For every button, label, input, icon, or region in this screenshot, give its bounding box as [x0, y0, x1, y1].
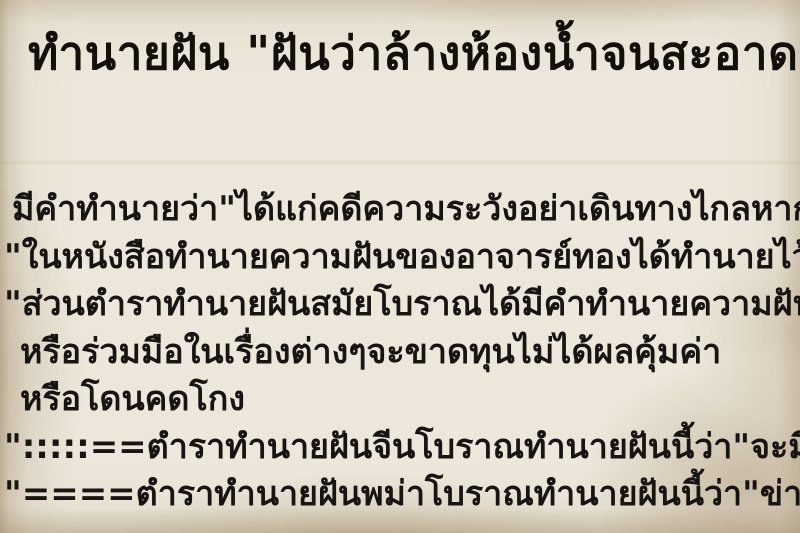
prediction-line: ":::::==ตำราทำนายฝันจีนโบราณทำนายฝันนี้ว… — [4, 424, 800, 472]
prediction-line: หรือโดนคดโกง — [4, 376, 800, 424]
prediction-line: มีคำทำนายว่า"ได้แก่คดีความระวังอย่าเดินท… — [4, 186, 800, 234]
prediction-text-block: มีคำทำนายว่า"ได้แก่คดีความระวังอย่าเดินท… — [4, 186, 800, 519]
aged-paper-page: ทำนายฝัน "ฝันว่าล้างห้องน้ำจนสะอาด" มีคำ… — [0, 0, 800, 533]
prediction-line: "ในหนังสือทำนายความฝันของอาจารย์ทองได้ทำ… — [4, 234, 800, 282]
prediction-line: หรือร่วมมือในเรื่องต่างๆจะขาดทุนไม่ได้ผล… — [4, 329, 800, 377]
prediction-line: "ส่วนตำราทำนายฝันสมัยโบราณได้มีคำทำนายคว… — [4, 281, 800, 329]
prediction-line: "====ตำราทำนายฝันพม่าโบราณทำนายฝันนี้ว่า… — [4, 471, 800, 519]
page-title: ทำนายฝัน "ฝันว่าล้างห้องน้ำจนสะอาด" — [28, 16, 800, 90]
